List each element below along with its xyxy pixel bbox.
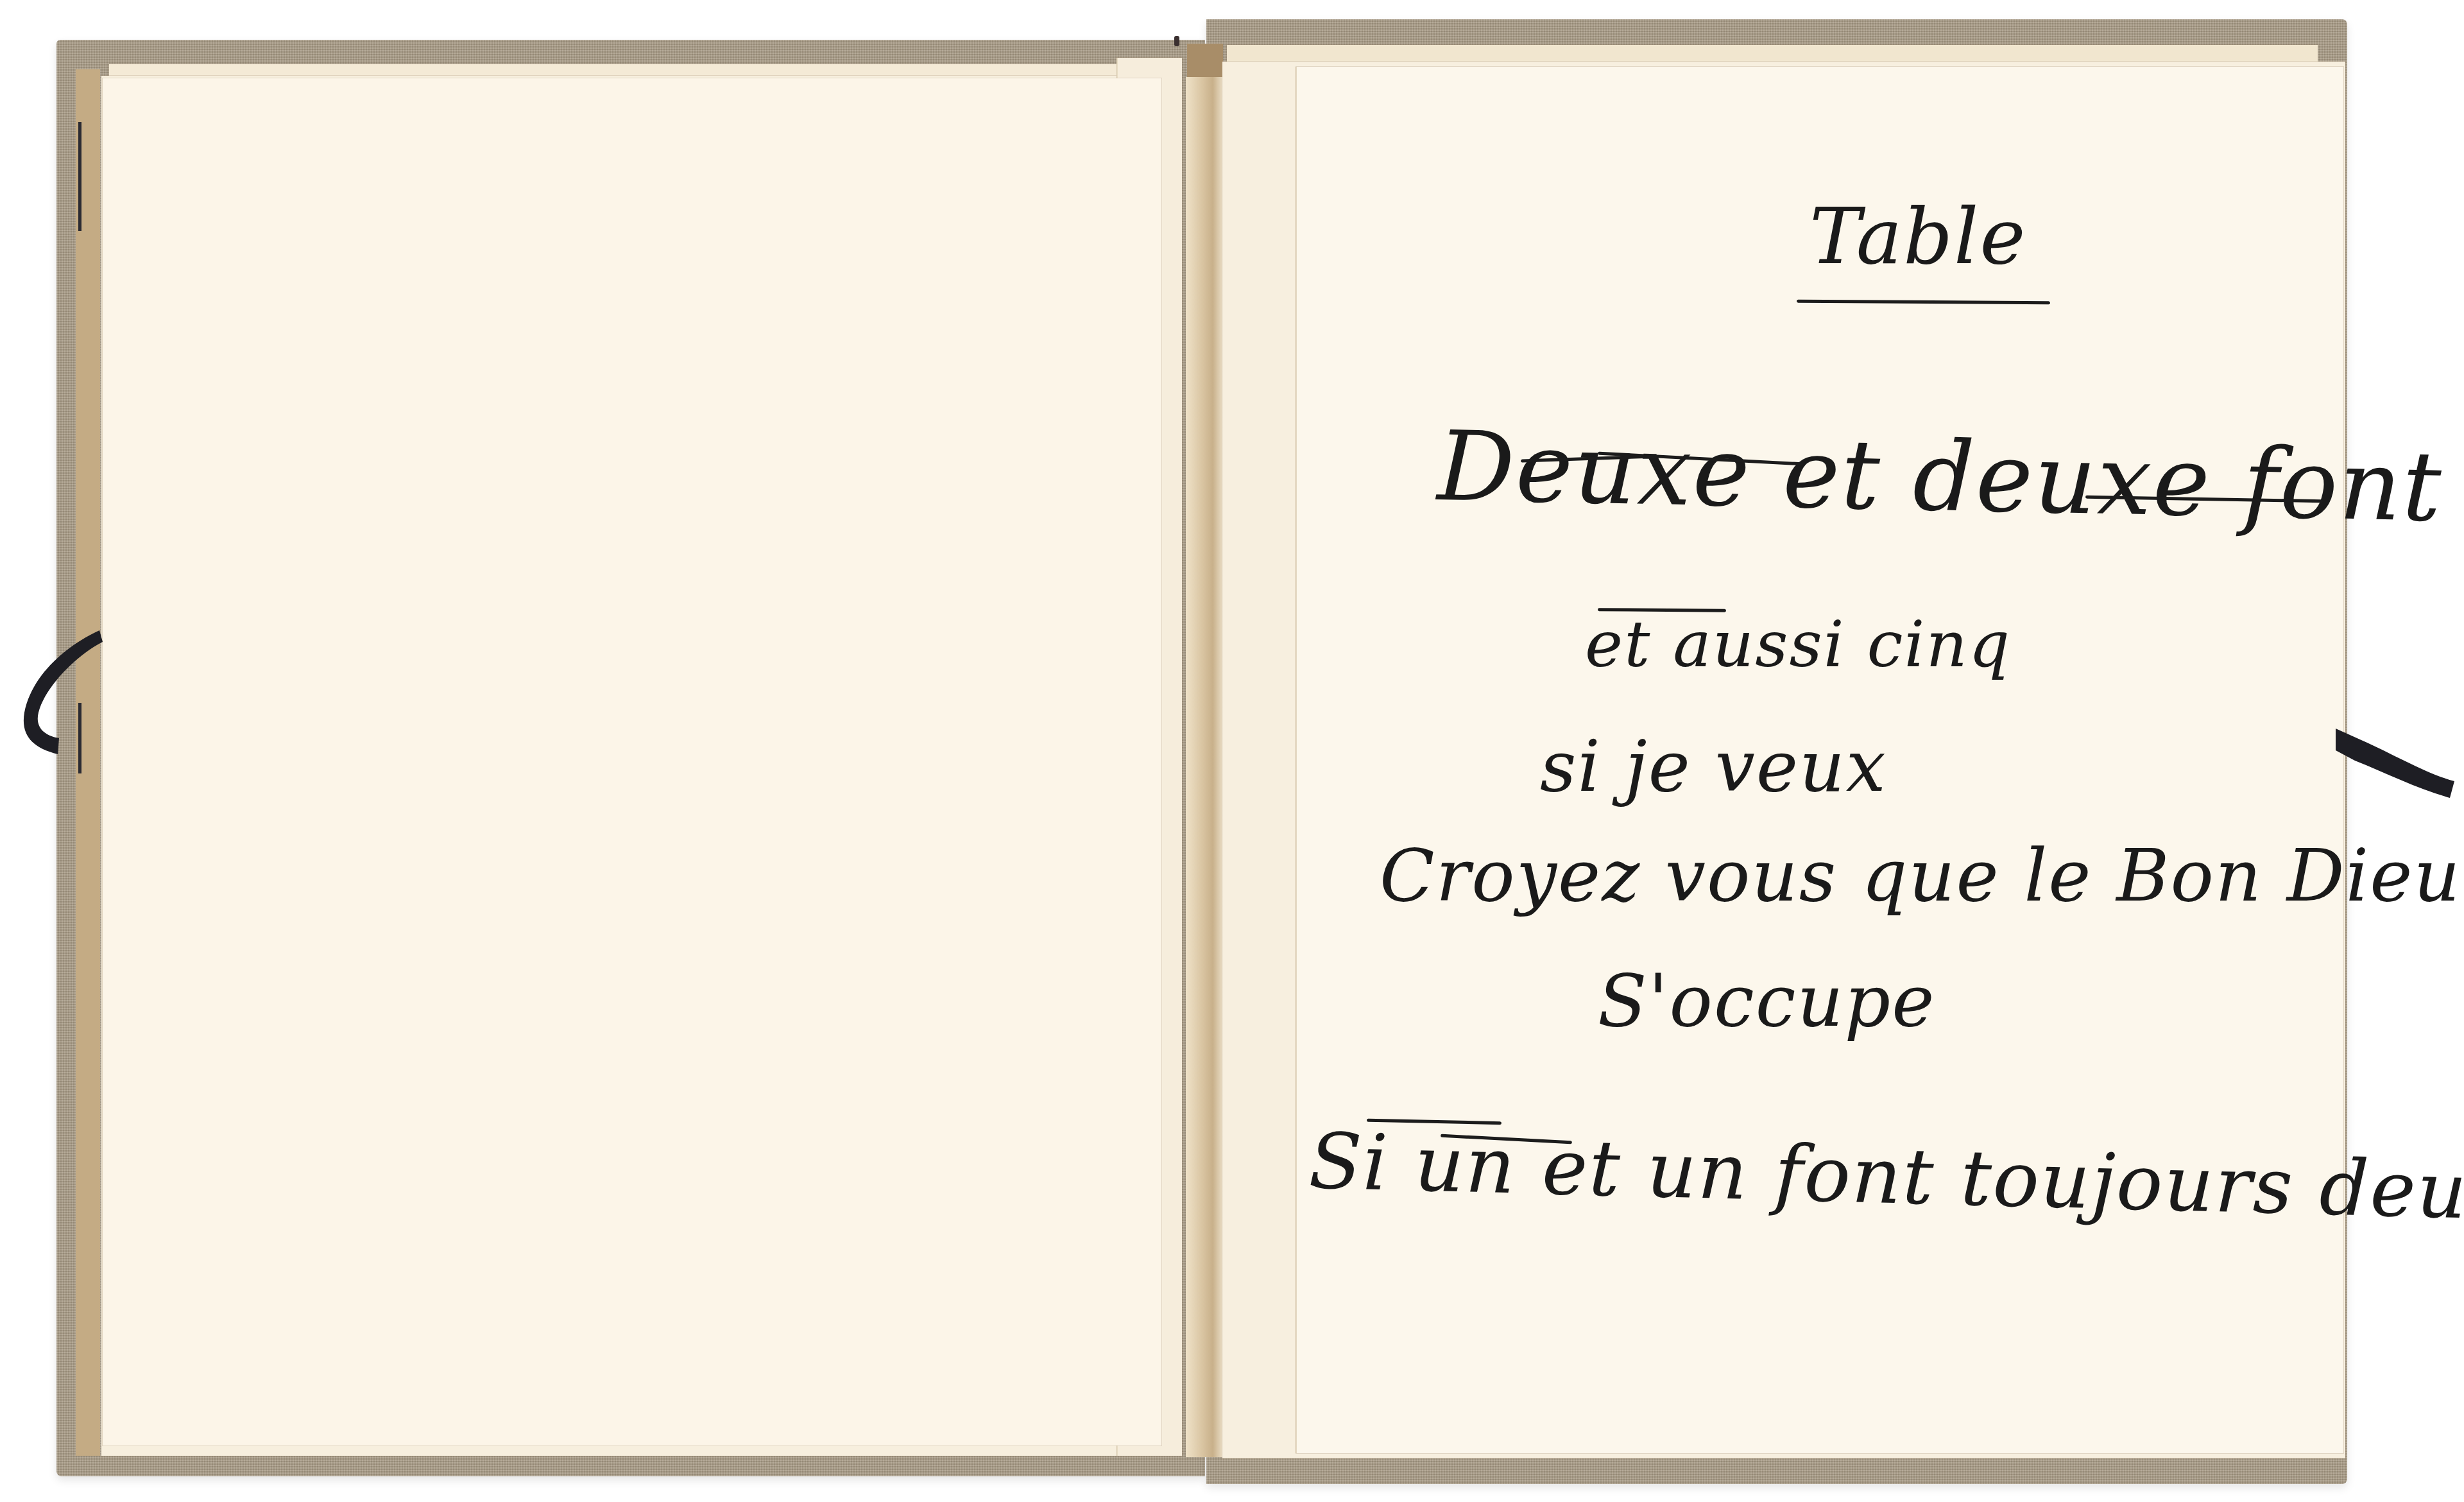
- ribbon-tie-icon[interactable]: [6, 616, 109, 770]
- spine-gutter: [1186, 77, 1224, 1457]
- ribbon-tie-icon[interactable]: [2336, 729, 2464, 806]
- poem-line-2: et aussi cinq: [1585, 607, 2011, 682]
- poem-line-5: S'occupe: [1598, 960, 1936, 1043]
- poem-line-4: Croyez vous que le Bon Dieu: [1380, 834, 2461, 918]
- left-page[interactable]: [103, 78, 1161, 1446]
- spine-top: [1187, 44, 1223, 82]
- poem-line-3: si je veux: [1540, 725, 1887, 807]
- page-title: Table: [1810, 193, 2026, 282]
- spine-ink-mark: [1174, 36, 1179, 46]
- tie-slot-top: [78, 122, 81, 231]
- page-fold-line: [1295, 67, 1297, 1453]
